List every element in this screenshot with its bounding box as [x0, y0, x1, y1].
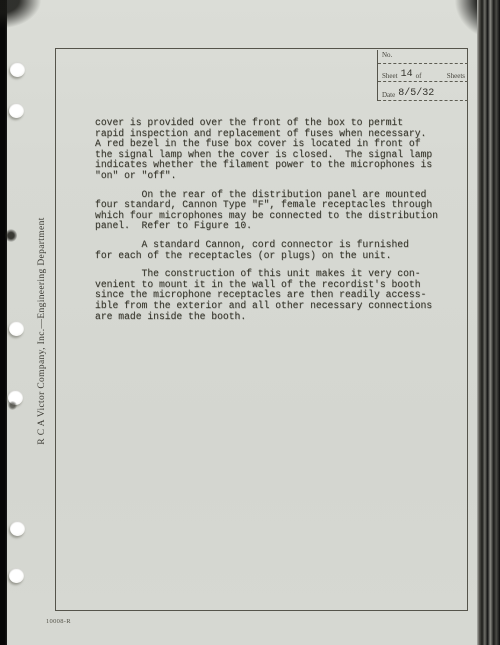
corner-shadow-top-left: [0, 0, 60, 42]
punch-hole: [9, 103, 24, 118]
paragraph: cover is provided over the front of the …: [95, 118, 445, 182]
punch-hole: [9, 568, 24, 583]
number-label: No.: [382, 51, 392, 59]
form-number: 10008-R: [46, 618, 71, 625]
sheets-label: Sheets: [447, 72, 465, 80]
date-label: Date: [382, 91, 395, 99]
scanned-document-page: No. Sheet 14 of Sheets Date 8/5/32 R C A…: [0, 0, 500, 645]
paragraph: A standard Cannon, cord connector is fur…: [95, 240, 445, 261]
date-value: 8/5/32: [398, 89, 434, 99]
punch-hole: [10, 62, 25, 77]
sheet-label: Sheet: [382, 72, 398, 80]
punch-hole: [10, 521, 25, 536]
sheet-number-value: 14: [401, 70, 413, 80]
page-stack-edge-right: [477, 0, 500, 645]
stamp-box: No. Sheet 14 of Sheets Date 8/5/32: [377, 50, 468, 101]
company-imprint-vertical: R C A Victor Company, Inc.—Engineering D…: [37, 217, 47, 444]
stamp-row-date: Date 8/5/32: [378, 82, 468, 101]
ink-smudge: [5, 229, 17, 242]
stamp-row-sheet: Sheet 14 of Sheets: [378, 64, 468, 82]
punch-hole: [9, 321, 24, 336]
paragraph: The construction of this unit makes it v…: [95, 269, 445, 322]
stamp-row-number: No.: [378, 50, 468, 64]
typewritten-body: cover is provided over the front of the …: [95, 118, 445, 330]
of-label: of: [416, 72, 422, 80]
ink-smudge: [8, 401, 17, 410]
binder-edge-left: [0, 0, 7, 645]
paragraph: On the rear of the distribution panel ar…: [95, 190, 445, 232]
